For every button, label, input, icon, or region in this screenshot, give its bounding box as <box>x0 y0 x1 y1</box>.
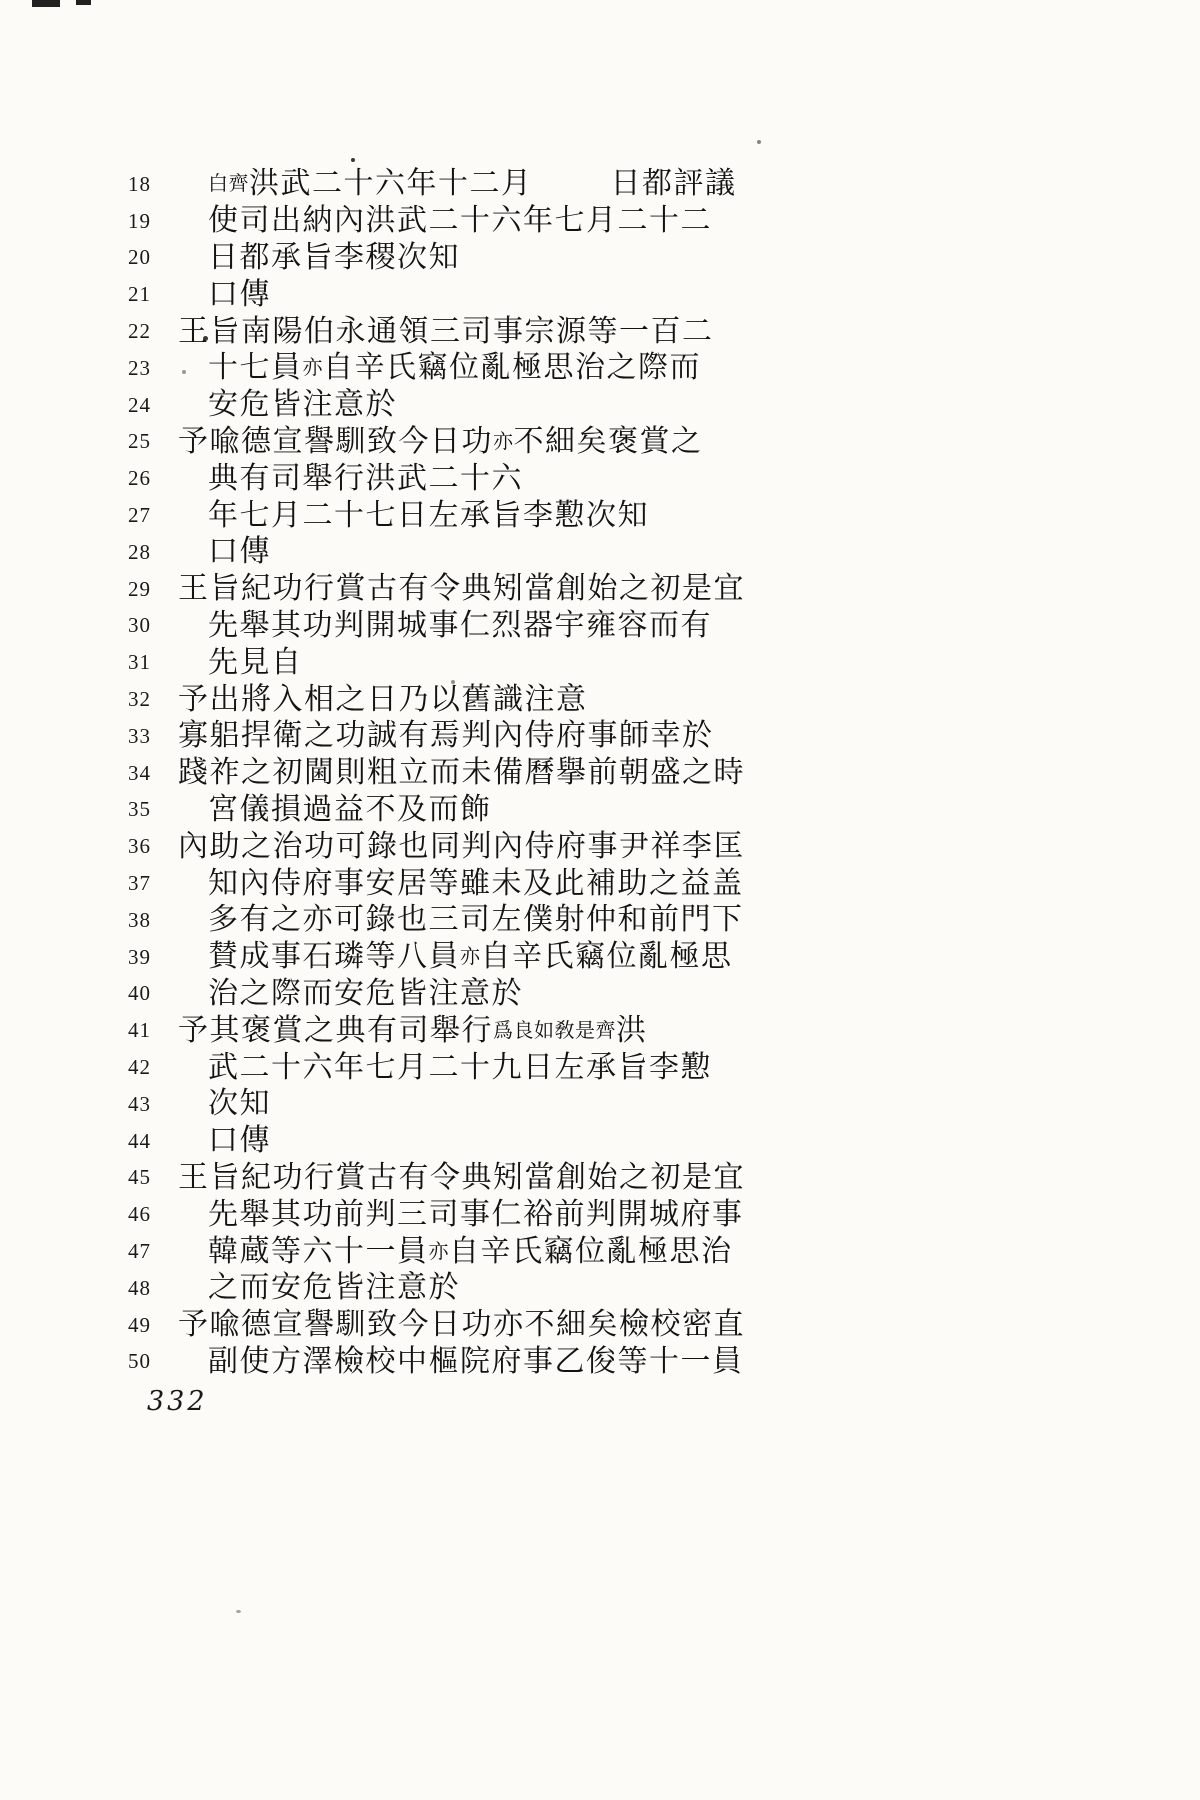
line-number: 22 <box>128 319 178 344</box>
line-number: 33 <box>128 724 178 749</box>
text-segment: 知內侍府事安居等雖未及此補助之益盖 <box>208 867 744 900</box>
interlinear-small-text: 亦 <box>493 431 514 453</box>
text-segment: 十七員 <box>208 351 303 384</box>
line-row: 28口傳 <box>0 534 1200 571</box>
line-row: 23十七員亦自辛氏竊位亂極思治之際而 <box>0 350 1200 387</box>
line-number: 42 <box>128 1055 178 1080</box>
line-number: 32 <box>128 687 178 712</box>
line-row: 31先見自 <box>0 644 1200 681</box>
text-segment: 寡躳捍衛之功誠有焉判內侍府事師幸於 <box>178 719 714 752</box>
line-number: 47 <box>128 1239 178 1264</box>
line-number: 43 <box>128 1092 178 1117</box>
line-row: 25予喩德宣譽馴致今日功亦不細矣褒賞之 <box>0 424 1200 461</box>
line-row: 48之而安危皆注意於 <box>0 1270 1200 1307</box>
interlinear-small-text: 亦 <box>460 946 481 968</box>
line-number: 36 <box>128 834 178 859</box>
text-segment: 自辛氏竊位亂極思治 <box>449 1235 733 1268</box>
interlinear-small-text: 爲良如敎是齊 <box>493 1020 616 1042</box>
scan-artifact <box>32 0 60 7</box>
text-segment: 洪 <box>616 1014 648 1047</box>
line-text: 內助之治功可錄也同判內侍府事尹祥李匡 <box>178 832 745 862</box>
line-number: 20 <box>128 245 178 270</box>
text-segment: 口傳 <box>208 1124 271 1157</box>
line-number: 39 <box>128 945 178 970</box>
line-number: 27 <box>128 503 178 528</box>
line-number: 31 <box>128 650 178 675</box>
line-number: 24 <box>128 393 178 418</box>
line-text: 治之際而安危皆注意於 <box>178 979 523 1009</box>
line-text: 使司出納內洪武二十六年七月二十二 <box>178 206 712 236</box>
text-segment: 韓蔵等六十一員 <box>208 1235 429 1268</box>
line-text: 先舉其功判開城事仁烈器宇雍容而有 <box>178 611 712 641</box>
page-number: 332 <box>147 1386 208 1417</box>
line-row: 45王旨紀功行賞古有令典矧當創始之初是宜 <box>0 1160 1200 1197</box>
text-segment: 多有之亦可錄也三司左僕射仲和前門下 <box>208 903 744 936</box>
text-segment: 自辛氏竊位亂極思治之際而 <box>323 351 701 384</box>
text-segment: 口傳 <box>208 535 271 568</box>
line-text: 予出將入相之日乃以舊識注意 <box>178 685 588 715</box>
line-text: 口傳 <box>178 537 271 567</box>
line-row: 35宮儀損過益不及而飾 <box>0 792 1200 829</box>
text-segment: 口傳 <box>208 278 271 311</box>
line-text: 予其褒賞之典有司舉行爲良如敎是齊洪 <box>178 1016 648 1046</box>
line-number: 30 <box>128 613 178 638</box>
line-number: 29 <box>128 577 178 602</box>
line-number: 46 <box>128 1202 178 1227</box>
line-row: 50副使方澤檢校中樞院府事乙俊等十一員 <box>0 1344 1200 1381</box>
text-segment: 日都承旨李稷次知 <box>208 241 460 274</box>
line-text: 王旨南陽伯永通領三司事宗源等一百二 <box>178 317 714 347</box>
line-number: 21 <box>128 282 178 307</box>
text-segment: 治之際而安危皆注意於 <box>208 977 523 1010</box>
line-row: 24安危皆注意於 <box>0 387 1200 424</box>
scanned-document-page: 18白齊洪武二十六年十二月日都評議19使司出納內洪武二十六年七月二十二20日都承… <box>0 0 1200 1800</box>
line-row: 30先舉其功判開城事仁烈器宇雍容而有 <box>0 608 1200 645</box>
line-row: 44口傳 <box>0 1123 1200 1160</box>
line-row: 41予其褒賞之典有司舉行爲良如敎是齊洪 <box>0 1012 1200 1049</box>
line-number: 23 <box>128 356 178 381</box>
text-segment: 安危皆注意於 <box>208 388 397 421</box>
text-segment: 宮儀損過益不及而飾 <box>208 793 492 826</box>
line-row: 27年七月二十七日左承旨李懃次知 <box>0 497 1200 534</box>
line-text: 多有之亦可錄也三司左僕射仲和前門下 <box>178 905 744 935</box>
line-number: 40 <box>128 981 178 1006</box>
line-text: 韓蔵等六十一員亦自辛氏竊位亂極思治 <box>178 1237 733 1267</box>
text-segment: 日都評議 <box>611 167 737 200</box>
text-segment: 洪武二十六年十二月 <box>249 167 533 200</box>
line-row: 33寡躳捍衛之功誠有焉判內侍府事師幸於 <box>0 718 1200 755</box>
text-segment: 自辛氏竊位亂極思 <box>481 940 733 973</box>
line-number: 38 <box>128 908 178 933</box>
text-segment: 使司出納內洪武二十六年七月二十二 <box>208 204 712 237</box>
line-number: 19 <box>128 209 178 234</box>
line-text: 知內侍府事安居等雖未及此補助之益盖 <box>178 869 744 899</box>
line-text: 王旨紀功行賞古有令典矧當創始之初是宜 <box>178 1163 745 1193</box>
scan-artifact <box>351 158 355 162</box>
line-row: 38多有之亦可錄也三司左僕射仲和前門下 <box>0 902 1200 939</box>
line-text: 副使方澤檢校中樞院府事乙俊等十一員 <box>178 1347 744 1377</box>
text-segment: 年七月二十七日左承旨李懃次知 <box>208 499 649 532</box>
line-text: 王旨紀功行賞古有令典矧當創始之初是宜 <box>178 574 745 604</box>
line-text: 次知 <box>178 1089 271 1119</box>
scan-artifact <box>76 0 91 5</box>
line-text: 予喩德宣譽馴致今日功亦不細矣褒賞之 <box>178 427 703 457</box>
text-segment: 予其褒賞之典有司舉行 <box>178 1014 493 1047</box>
text-segment: 踐祚之初閫則粗立而未備曆擧前朝盛之時 <box>178 756 745 789</box>
lines: 18白齊洪武二十六年十二月日都評議19使司出納內洪武二十六年七月二十二20日都承… <box>0 166 1200 1380</box>
line-number: 49 <box>128 1313 178 1338</box>
line-text: 之而安危皆注意於 <box>178 1273 460 1303</box>
line-text: 年七月二十七日左承旨李懃次知 <box>178 501 649 531</box>
line-row: 36內助之治功可錄也同判內侍府事尹祥李匡 <box>0 828 1200 865</box>
line-number: 44 <box>128 1129 178 1154</box>
text-segment: 予出將入相之日乃以舊識注意 <box>178 683 588 716</box>
text-segment: 王旨紀功行賞古有令典矧當創始之初是宜 <box>178 1161 745 1194</box>
line-text: 寡躳捍衛之功誠有焉判內侍府事師幸於 <box>178 721 714 751</box>
line-row: 37知內侍府事安居等雖未及此補助之益盖 <box>0 865 1200 902</box>
line-text: 白齊洪武二十六年十二月日都評議 <box>178 169 737 199</box>
interlinear-small-text: 白齊 <box>208 173 249 195</box>
line-number: 50 <box>128 1349 178 1374</box>
text-segment: 賛成事石璘等八員 <box>208 940 460 973</box>
line-number: 45 <box>128 1165 178 1190</box>
line-row: 20日都承旨李稷次知 <box>0 240 1200 277</box>
line-row: 21口傳 <box>0 276 1200 313</box>
line-number: 18 <box>128 172 178 197</box>
interlinear-small-text: 亦 <box>303 357 324 379</box>
text-segment: 副使方澤檢校中樞院府事乙俊等十一員 <box>208 1345 744 1378</box>
line-row: 46先舉其功前判三司事仁裕前判開城府事 <box>0 1196 1200 1233</box>
text-segment: 予喩德宣譽馴致今日功亦不細矣檢校密直 <box>178 1308 745 1341</box>
line-row: 39賛成事石璘等八員亦自辛氏竊位亂極思 <box>0 939 1200 976</box>
line-number: 37 <box>128 871 178 896</box>
line-text: 日都承旨李稷次知 <box>178 243 460 273</box>
line-text: 賛成事石璘等八員亦自辛氏竊位亂極思 <box>178 942 733 972</box>
line-text: 武二十六年七月二十九日左承旨李懃 <box>178 1053 712 1083</box>
line-number: 48 <box>128 1276 178 1301</box>
line-number: 35 <box>128 797 178 822</box>
line-row: 40治之際而安危皆注意於 <box>0 976 1200 1013</box>
line-row: 22王旨南陽伯永通領三司事宗源等一百二 <box>0 313 1200 350</box>
text-segment: 典有司舉行洪武二十六 <box>208 462 523 495</box>
line-row: 47韓蔵等六十一員亦自辛氏竊位亂極思治 <box>0 1233 1200 1270</box>
line-number: 34 <box>128 761 178 786</box>
line-text: 宮儀損過益不及而飾 <box>178 795 492 825</box>
text-segment: 王旨南陽伯永通領三司事宗源等一百二 <box>178 315 714 348</box>
text-segment: 王旨紀功行賞古有令典矧當創始之初是宜 <box>178 572 745 605</box>
line-number: 28 <box>128 540 178 565</box>
line-row: 42武二十六年七月二十九日左承旨李懃 <box>0 1049 1200 1086</box>
line-number: 25 <box>128 429 178 454</box>
line-row: 26典有司舉行洪武二十六 <box>0 460 1200 497</box>
line-row: 49予喩德宣譽馴致今日功亦不細矣檢校密直 <box>0 1307 1200 1344</box>
line-number: 26 <box>128 466 178 491</box>
line-text: 安危皆注意於 <box>178 390 397 420</box>
line-row: 19使司出納內洪武二十六年七月二十二 <box>0 203 1200 240</box>
text-segment: 次知 <box>208 1087 271 1120</box>
line-text: 先舉其功前判三司事仁裕前判開城府事 <box>178 1200 744 1230</box>
line-row: 18白齊洪武二十六年十二月日都評議 <box>0 166 1200 203</box>
text-segment: 內助之治功可錄也同判內侍府事尹祥李匡 <box>178 830 745 863</box>
line-text: 予喩德宣譽馴致今日功亦不細矣檢校密直 <box>178 1310 745 1340</box>
interlinear-small-text: 亦 <box>429 1241 450 1263</box>
line-row: 32予出將入相之日乃以舊識注意 <box>0 681 1200 718</box>
line-text: 十七員亦自辛氏竊位亂極思治之際而 <box>178 353 701 383</box>
line-text: 口傳 <box>178 280 271 310</box>
text-segment: 先見自 <box>208 646 303 679</box>
text-segment: 先舉其功判開城事仁烈器宇雍容而有 <box>208 609 712 642</box>
text-segment: 先舉其功前判三司事仁裕前判開城府事 <box>208 1198 744 1231</box>
scan-artifact <box>757 140 761 144</box>
line-row: 34踐祚之初閫則粗立而未備曆擧前朝盛之時 <box>0 755 1200 792</box>
line-text: 先見自 <box>178 648 303 678</box>
line-row: 43次知 <box>0 1086 1200 1123</box>
line-row: 29王旨紀功行賞古有令典矧當創始之初是宜 <box>0 571 1200 608</box>
text-segment: 予喩德宣譽馴致今日功 <box>178 425 493 458</box>
line-text: 口傳 <box>178 1126 271 1156</box>
line-number: 41 <box>128 1018 178 1043</box>
line-text: 踐祚之初閫則粗立而未備曆擧前朝盛之時 <box>178 758 745 788</box>
line-text: 典有司舉行洪武二十六 <box>178 464 523 494</box>
text-segment: 武二十六年七月二十九日左承旨李懃 <box>208 1051 712 1084</box>
scan-artifact <box>236 1610 241 1613</box>
text-segment: 不細矣褒賞之 <box>514 425 703 458</box>
text-segment: 之而安危皆注意於 <box>208 1271 460 1304</box>
